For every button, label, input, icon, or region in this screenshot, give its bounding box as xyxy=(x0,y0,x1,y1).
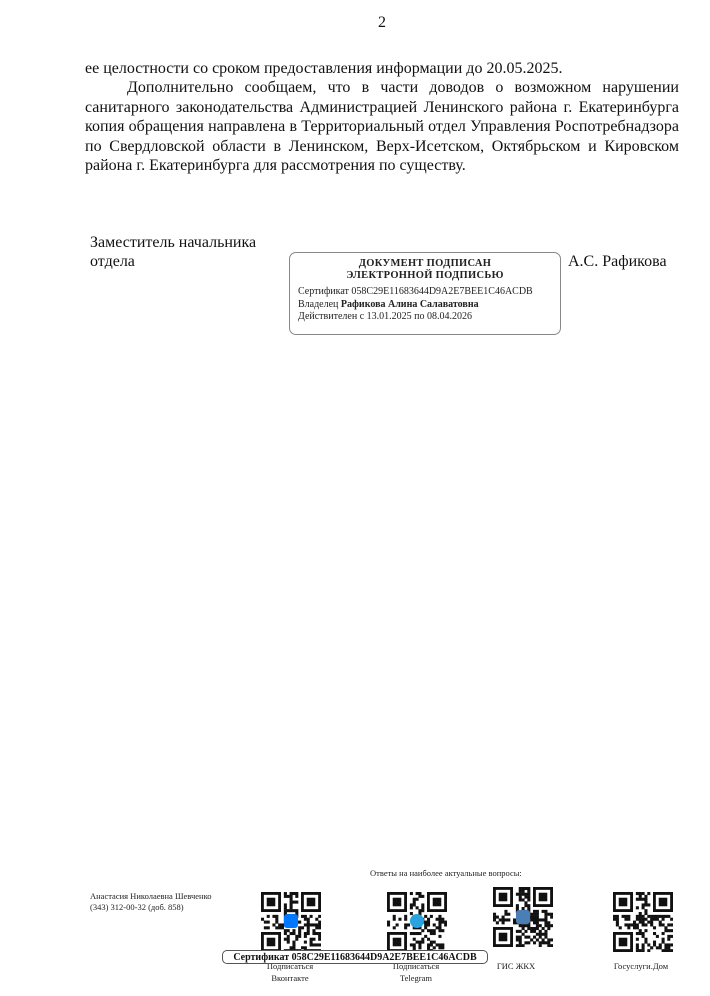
paragraph-2: Дополнительно сообщаем, что в части дово… xyxy=(85,78,679,175)
certificate-bar: Сертификат 058C29E11683644D9A2E7BEE1C46A… xyxy=(222,950,488,964)
page-number: 2 xyxy=(0,14,710,32)
executor-name: Анастасия Николаевна Шевченко xyxy=(90,891,212,902)
stamp-title-line-2: ЭЛЕКТРОННОЙ ПОДПИСЬЮ xyxy=(290,270,560,282)
letter-body: ее целостности со сроком предоставления … xyxy=(85,59,679,175)
telegram-logo-icon xyxy=(410,914,424,928)
signatory-name: А.С. Рафикова xyxy=(568,253,667,271)
gosuslugi-dom-qr-label: Госуслуги.Дом xyxy=(601,960,681,972)
gis-zhkh-qr-label: ГИС ЖКХ xyxy=(483,960,549,972)
gis-zhkh-logo-icon xyxy=(516,910,530,924)
footer-heading: Ответы на наиболее актуальные вопросы: xyxy=(370,868,522,878)
stamp-certificate: Сертификат 058C29E11683644D9A2E7BEE1C46A… xyxy=(298,286,560,299)
executor-phone: (343) 312-00-32 (доб. 858) xyxy=(90,902,212,913)
stamp-validity: Действителен с 13.01.2025 по 08.04.2026 xyxy=(298,311,560,324)
vk-logo-icon xyxy=(284,914,298,928)
gosuslugi-dom-qr-code[interactable] xyxy=(613,892,673,952)
electronic-signature-stamp: ДОКУМЕНТ ПОДПИСАН ЭЛЕКТРОННОЙ ПОДПИСЬЮ С… xyxy=(289,252,561,335)
executor-contact: Анастасия Николаевна Шевченко (343) 312-… xyxy=(90,891,212,913)
signatory-position: Заместитель начальника отдела xyxy=(90,233,256,271)
stamp-title-line-1: ДОКУМЕНТ ПОДПИСАН xyxy=(290,258,560,270)
stamp-title: ДОКУМЕНТ ПОДПИСАН ЭЛЕКТРОННОЙ ПОДПИСЬЮ xyxy=(290,258,560,282)
position-line-1: Заместитель начальника xyxy=(90,233,256,252)
paragraph-1: ее целостности со сроком предоставления … xyxy=(85,59,679,78)
stamp-owner: Владелец Рафикова Алина Салаватовна xyxy=(298,299,560,312)
position-line-2: отдела xyxy=(90,252,256,271)
